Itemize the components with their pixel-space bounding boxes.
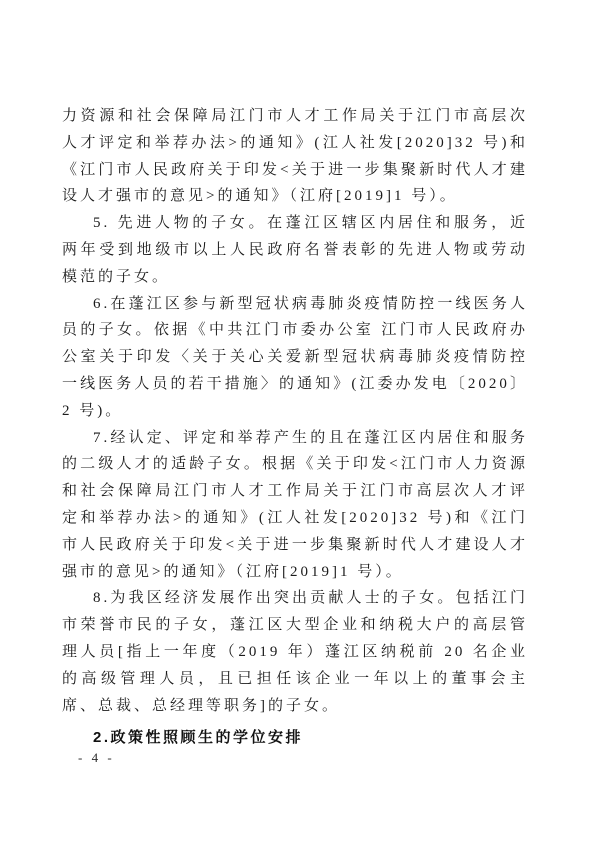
document-body: 力资源和社会保障局江门市人才工作局关于江门市高层次人才评定和举荐办法>的通知》(…: [62, 103, 528, 752]
document-page: 力资源和社会保障局江门市人才工作局关于江门市高层次人才评定和举荐办法>的通知》(…: [0, 0, 595, 842]
paragraph-item-7: 7.经认定、评定和举荐产生的且在蓬江区内居住和服务的二级人才的适龄子女。根据《关…: [62, 425, 528, 586]
page-number: - 4 -: [78, 750, 115, 766]
paragraph-item-8: 8.为我区经济发展作出突出贡献人士的子女。包括江门市荣誉市民的子女，蓬江区大型企…: [62, 585, 528, 719]
paragraph-item-6: 6.在蓬江区参与新型冠状病毒肺炎疫情防控一线医务人员的子女。依据《中共江门市委办…: [62, 291, 528, 425]
paragraph-continuation: 力资源和社会保障局江门市人才工作局关于江门市高层次人才评定和举荐办法>的通知》(…: [62, 103, 528, 210]
section-heading: 2.政策性照顾生的学位安排: [62, 725, 528, 752]
paragraph-item-5: 5. 先进人物的子女。在蓬江区辖区内居住和服务，近两年受到地级市以上人民政府名誉…: [62, 210, 528, 290]
